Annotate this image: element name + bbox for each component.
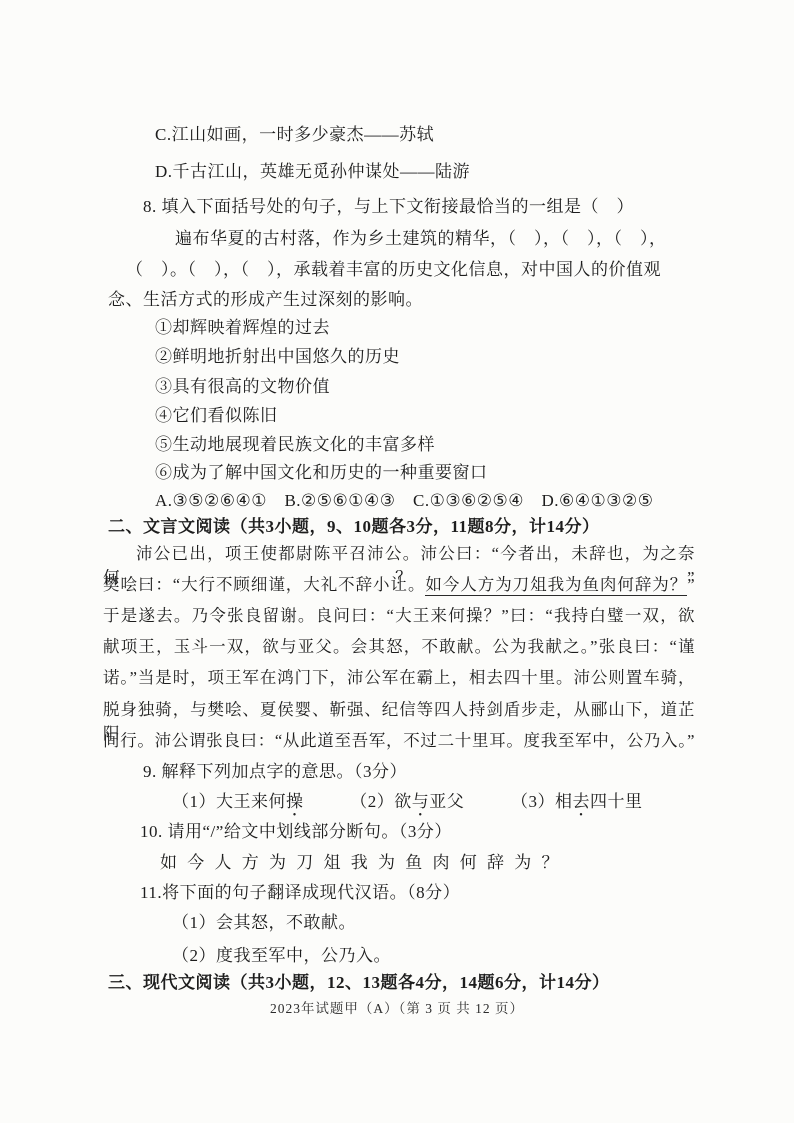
question7-option-c: C.江山如画，一时多少豪杰——苏轼 [155, 120, 434, 145]
question9-item-2-dotted-char: 与 [412, 787, 430, 812]
question11-item-2: （2）度我至军中，公乃入。 [172, 941, 391, 966]
question9-item-3-post: 四十里 [590, 792, 643, 811]
question9-item-1: （1）大王来何操 [172, 792, 304, 811]
question8-item-3: ③具有很高的文物价值 [155, 372, 330, 397]
question8-item-5: ⑤生动地展现着民族文化的丰富多样 [155, 430, 435, 455]
question9-item-2-pre: （2）欲 [350, 792, 412, 811]
question9-item-3: （3）相去四十里 [511, 792, 643, 811]
question8-item-1: ①却辉映着辉煌的过去 [155, 313, 330, 338]
question11-stem: 11.将下面的句子翻译成现代汉语。（8分） [140, 878, 460, 903]
question9-item-3-pre: （3）相 [511, 792, 573, 811]
question8-intro-line-3: 念、生活方式的形成产生过深刻的影响。 [108, 285, 423, 310]
question8-item-4: ④它们看似陈旧 [155, 401, 278, 426]
passage-line-3: 于是遂去。乃令张良留谢。良问曰：“大王来何操？”曰：“我持白璧一双，欲 [103, 602, 695, 626]
question9-item-3-dotted-char: 去 [573, 787, 591, 812]
passage-line-5: 诺。”当是时，项王军在鸿门下，沛公军在霸上，相去四十里。沛公则置车骑， [103, 664, 695, 688]
passage-line2-pre: 樊哙曰：“大行不顾细谨，大礼不辞小让。 [103, 575, 425, 594]
question11-item-1: （1）会其怒，不敢献。 [172, 908, 356, 933]
question8-item-2: ②鲜明地折射出中国悠久的历史 [155, 342, 400, 367]
question10-stem: 10. 请用“/”给文中划线部分断句。（3分） [140, 817, 452, 842]
question9-item-2: （2）欲与亚父 [350, 792, 464, 811]
passage-underlined-clause: 如今人方为刀俎我为鱼肉何辞为？ [425, 575, 687, 596]
question8-answer-choices: A.③⑤②⑥④① B.②⑤⑥①④③ C.①③⑥②⑤④ D.⑥④①③②⑤ [155, 486, 654, 511]
question9-item-1-dotted-char: 操 [286, 787, 304, 812]
passage-line2-post: ” [687, 575, 695, 594]
passage-line-2: 樊哙曰：“大行不顾细谨，大礼不辞小让。如今人方为刀俎我为鱼肉何辞为？” [103, 571, 695, 595]
section3-heading: 三、现代文阅读（共3小题，12、13题各4分，14题6分，计14分） [108, 968, 610, 993]
question10-sentence: 如 今 人 方 为 刀 俎 我 为 鱼 肉 何 辞 为 ？ [160, 848, 562, 873]
question8-intro-line-1: 遍布华夏的古村落，作为乡土建筑的精华，（ ），（ ），（ ）， [175, 224, 667, 249]
question8-item-6: ⑥成为了解中国文化和历史的一种重要窗口 [155, 458, 488, 483]
section2-heading: 二、文言文阅读（共3小题，9、10题各3分，11题8分，计14分） [108, 512, 600, 537]
question7-option-d: D.千古江山，英雄无觅孙仲谋处——陆游 [155, 157, 470, 182]
page-footer: 2023年试题甲（A）（第 3 页 共 12 页） [0, 997, 794, 1017]
passage-line-7: 间行。沛公谓张良曰：“从此道至吾军，不过二十里耳。度我至军中，公乃入。” [103, 727, 695, 751]
question8-stem: 8. 填入下面括号处的句子，与上下文衔接最恰当的一组是（ ） [143, 192, 634, 217]
question9-items-row: （1）大王来何操 （2）欲与亚父 （3）相去四十里 [172, 787, 685, 812]
exam-page-scan: C.江山如画，一时多少豪杰——苏轼 D.千古江山，英雄无觅孙仲谋处——陆游 8.… [0, 0, 794, 1123]
question8-intro-line-2: （ ）。（ ），（ ），承载着丰富的历史文化信息，对中国人的价值观 [126, 255, 661, 280]
passage-line-4: 献项王，玉斗一双，欲与亚父。会其怒，不敢献。公为我献之。”张良曰：“谨 [103, 633, 695, 657]
question9-item-1-pre: （1）大王来何 [172, 792, 286, 811]
question9-item-2-post: 亚父 [429, 792, 464, 811]
question9-stem: 9. 解释下列加点字的意思。（3分） [143, 757, 407, 782]
